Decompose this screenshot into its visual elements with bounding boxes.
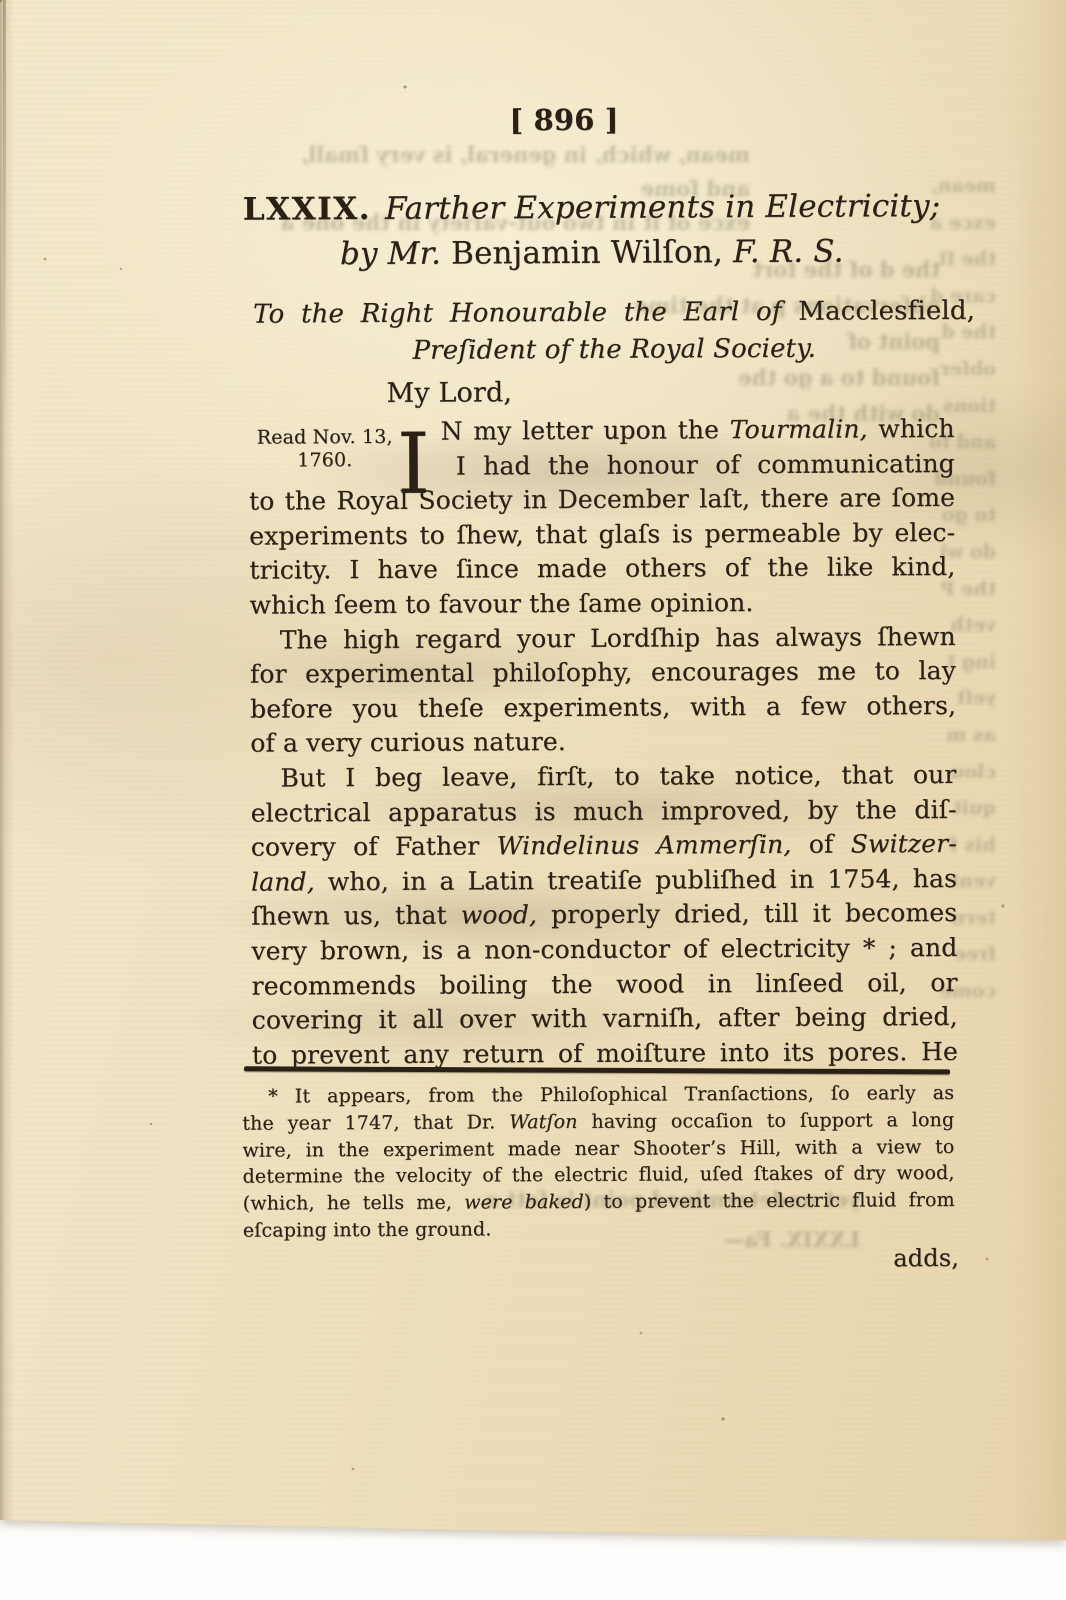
footnote-line: determine the velocity of the electric f…: [243, 1160, 955, 1191]
footnote-line: wire, in the experiment made near Shoote…: [242, 1134, 954, 1165]
text-run: which: [868, 414, 955, 443]
text-run: ſhewn us, that: [251, 901, 461, 931]
text-run: for experimental philoſophy, encourages …: [250, 656, 956, 689]
dedication-line-2: Preſident of the Royal Society.: [253, 330, 975, 371]
text-run-italic: To the Right Honourable the Earl of: [253, 297, 798, 330]
drop-cap-initial: I: [397, 428, 431, 500]
text-run: recommends boiling the wood in linſeed o…: [252, 967, 958, 1000]
body-line: land, who, in a Latin treatiſe publiſhed…: [251, 862, 957, 900]
body-line: which ſeem to favour the ſame opinion.: [250, 585, 956, 623]
paper-specks: [0, 0, 2, 2]
footnote-line: eſcaping into the ground.: [243, 1214, 955, 1245]
text-run: before you theſe experiments, with a few…: [250, 691, 956, 724]
paper-shadow-wrap: mean, which, in general, is very ſmall, …: [0, 0, 1066, 1600]
text-run: * It appears, from the Philoſophical Tra…: [268, 1082, 954, 1108]
body-line: covering it all over with varniſh, after…: [252, 1000, 958, 1038]
text-run: eſcaping into the ground.: [243, 1218, 492, 1241]
text-run: having occaſion to ſupport a long: [578, 1109, 955, 1133]
article-index: LXXIX.: [243, 191, 371, 228]
text-run: covery of Father: [251, 831, 497, 861]
body-line: of a very curious nature.: [250, 723, 956, 761]
body-line: for experimental philoſophy, encourages …: [250, 654, 956, 692]
paper-sheet: mean, which, in general, is very ſmall, …: [0, 0, 1066, 1545]
text-run-italic: Windelinus Ammerſin,: [497, 830, 792, 861]
body-line: The high regard your Lordſhip has always…: [250, 619, 956, 657]
text-run: wire, in the experiment made near Shoote…: [242, 1136, 954, 1162]
title-text: Farther Experiments in Electricity;: [385, 188, 940, 227]
text-run-italic: were baked: [464, 1191, 584, 1214]
body-line: electrical apparatus is much improved, b…: [251, 792, 957, 830]
salutation: My Lord,: [386, 377, 512, 409]
article-title: LXXIX.Farther Experiments in Electricity…: [234, 184, 948, 278]
body-line: very brown, is a non-conductor of electr…: [251, 931, 957, 969]
text-run: who, in a Latin treatiſe publiſhed in 17…: [315, 864, 957, 896]
text-run: properly dried, till it becomes: [537, 898, 957, 929]
text-run: I had the honour of communicating: [456, 449, 955, 481]
footnote-line: (which, he tells me, were baked) to prev…: [243, 1187, 955, 1218]
byline-prefix: by Mr.: [340, 236, 441, 273]
margin-note-line: 1760.: [249, 449, 401, 473]
body-line: ſhewn us, that wood, properly dried, til…: [251, 896, 957, 934]
body-line: covery of Father Windelinus Ammerſin, of…: [251, 827, 957, 865]
body-line: recommends boiling the wood in linſeed o…: [251, 965, 957, 1003]
text-run: the year 1747, that Dr.: [242, 1111, 509, 1134]
text-run-italic: Switzer-: [851, 829, 957, 859]
text-run: which ſeem to favour the ſame opinion.: [250, 588, 754, 620]
text-run-italic: wood,: [461, 900, 537, 929]
body-text: Read Nov. 13, 1760. I N my letter upon t…: [249, 412, 958, 1073]
read-date-margin-note: Read Nov. 13, 1760.: [249, 426, 401, 473]
text-run: (which, he tells me,: [243, 1192, 465, 1215]
text-run: The high regard your Lordſhip has always…: [280, 621, 956, 654]
printed-content: [ 896 ] LXXIX.Farther Experiments in Ele…: [0, 0, 1066, 1548]
footnote: * It appears, from the Philoſophical Tra…: [242, 1080, 955, 1245]
title-line-1: LXXIX.Farther Experiments in Electricity…: [234, 184, 948, 233]
text-run: determine the velocity of the electric f…: [243, 1162, 955, 1188]
body-line: experiments to ſhew, that glaſs is perme…: [249, 516, 955, 554]
body-line: before you theſe experiments, with a few…: [250, 689, 956, 727]
body-line: But I beg leave, firſt, to take notice, …: [250, 758, 956, 796]
text-run: But I beg leave, firſt, to take notice, …: [280, 760, 956, 793]
scanned-page: mean, which, in general, is very ſmall, …: [0, 0, 1066, 1600]
text-run: tricity. I have ſince made others of the…: [249, 552, 955, 585]
text-run: of a very curious nature.: [250, 727, 566, 758]
text-run-italic: Watſon: [509, 1111, 578, 1133]
text-run: ) to prevent the electric fluid from: [584, 1189, 955, 1213]
catchword: adds,: [253, 1244, 959, 1276]
text-run: to prevent any return of moiſture into i…: [252, 1037, 958, 1070]
text-run: to the Royal Society in December laſt, t…: [249, 483, 955, 516]
text-run: experiments to ſhew, that glaſs is perme…: [249, 518, 955, 551]
title-line-2: by Mr.Benjamin Wilſon,F. R. S.: [235, 229, 949, 278]
text-run-italic: land,: [251, 867, 315, 896]
author-honors: F. R. S.: [733, 234, 844, 271]
footnote-line: the year 1747, that Dr. Watſon having oc…: [242, 1107, 954, 1138]
text-run-italic: Tourmalin,: [730, 414, 868, 444]
footnote-line: * It appears, from the Philoſophical Tra…: [242, 1080, 954, 1111]
dedicatee-name: Macclesfield,: [798, 296, 975, 327]
text-run: very brown, is a non-conductor of electr…: [251, 933, 957, 966]
text-run: N my letter upon the: [441, 415, 730, 446]
author-name: Benjamin Wilſon,: [451, 234, 723, 271]
text-run: of: [791, 830, 850, 859]
dedication-line-1: To the Right Honourable the Earl of Macc…: [253, 293, 975, 334]
text-run: electrical apparatus is much improved, b…: [251, 794, 957, 827]
body-line: tricity. I have ſince made others of the…: [249, 550, 955, 588]
page-number: [ 896 ]: [209, 101, 919, 139]
dedication: To the Right Honourable the Earl of Macc…: [253, 293, 975, 371]
text-run: covering it all over with varniſh, after…: [252, 1002, 958, 1035]
body-line: to the Royal Society in December laſt, t…: [249, 481, 955, 519]
margin-note-line: Read Nov. 13,: [249, 426, 401, 450]
